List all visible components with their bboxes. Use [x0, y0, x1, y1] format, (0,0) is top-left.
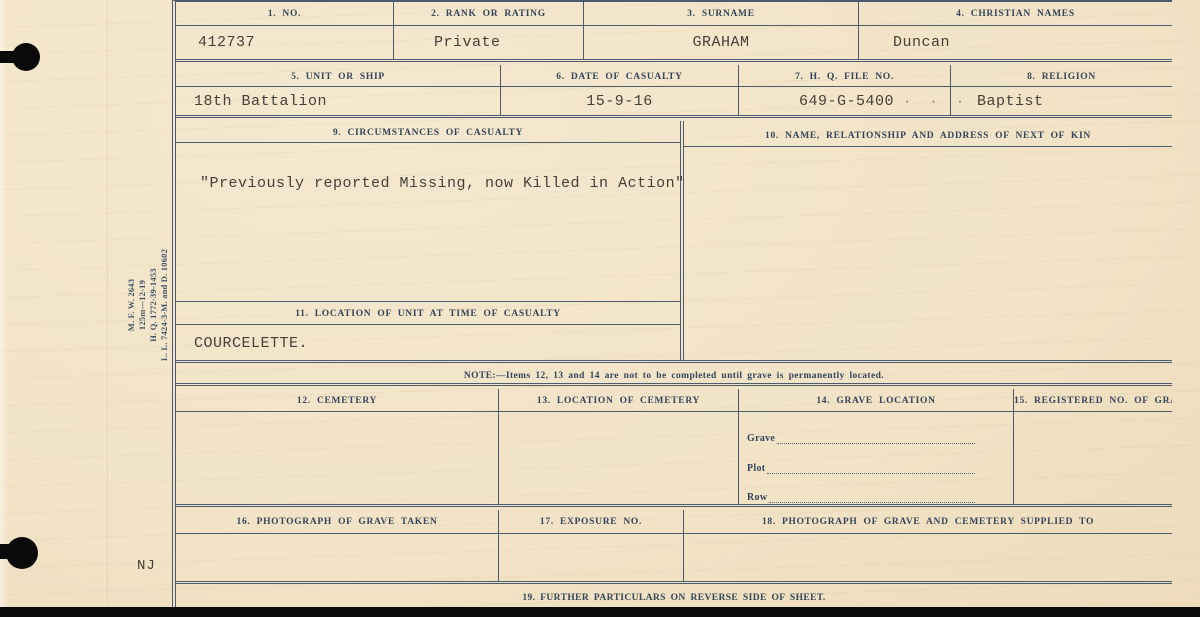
- field-location-of-cemetery: 13. LOCATION OF CEMETERY: [499, 389, 739, 504]
- field-unit-label: 5. UNIT OR SHIP: [176, 65, 500, 87]
- imprint-line: L. L. 7424-3-M. and D. 10602: [159, 247, 170, 363]
- field-circumstances-label: 9. CIRCUMSTANCES OF CASUALTY: [176, 121, 680, 143]
- row-identity: 1. NO. 412737 2. RANK OR RATING Private …: [176, 2, 1172, 62]
- imprint-line: H. Q. 1772-39-1453: [148, 247, 159, 363]
- field-no-value: 412737: [198, 34, 255, 51]
- field-unit-value: 18th Battalion: [194, 93, 327, 110]
- field-registered-no: 15. REGISTERED NO. OF GRAVE: [1014, 389, 1172, 504]
- row-note: NOTE:—Items 12, 13 and 14 are not to be …: [176, 366, 1172, 386]
- paper-crease: [107, 0, 108, 617]
- punch-hole-top: [12, 43, 40, 71]
- field-christian-names-value: Duncan: [893, 34, 950, 51]
- dotted-leader: [767, 462, 975, 474]
- field-exposure-no: 17. EXPOSURE NO.: [499, 510, 684, 581]
- row-line: Row: [747, 491, 975, 503]
- field-photo-taken: 16. PHOTOGRAPH OF GRAVE TAKEN: [176, 510, 499, 581]
- field-next-of-kin: 10. NAME, RELATIONSHIP AND ADDRESS OF NE…: [684, 121, 1172, 360]
- field-grave-location: 14. GRAVE LOCATION Grave Plot Row: [739, 389, 1014, 504]
- field-date-of-casualty-label: 6. DATE OF CASUALTY: [501, 65, 738, 87]
- field-location-of-cemetery-label: 13. LOCATION OF CEMETERY: [499, 389, 738, 412]
- field-registered-no-label: 15. REGISTERED NO. OF GRAVE: [1014, 389, 1172, 412]
- field-photo-taken-label: 16. PHOTOGRAPH OF GRAVE TAKEN: [176, 510, 498, 534]
- form-number-imprint: M. F. W. 2643 125m—12-19 H. Q. 1772-39-1…: [126, 247, 172, 363]
- record-card: M. F. W. 2643 125m—12-19 H. Q. 1772-39-1…: [0, 0, 1200, 617]
- field-surname-value: GRAHAM: [584, 34, 858, 51]
- field-rank-value: Private: [434, 34, 501, 51]
- hq-file-no-text: 649-G-5400: [799, 93, 894, 110]
- field-surname-label: 3. SURNAME: [584, 2, 858, 26]
- dotted-leader: [769, 491, 975, 503]
- field-surname: 3. SURNAME GRAHAM: [584, 2, 859, 59]
- field-location-of-unit-label: 11. LOCATION OF UNIT AT TIME OF CASUALTY: [176, 302, 680, 325]
- grave-line-label: Grave: [747, 433, 775, 444]
- field-religion: 8. RELIGION Baptist: [951, 65, 1172, 115]
- field-cemetery: 12. CEMETERY: [176, 389, 499, 504]
- field-cemetery-label: 12. CEMETERY: [176, 389, 498, 412]
- field-hq-file-no-value: 649-G-5400 · · ·: [799, 93, 970, 110]
- field-religion-value: Baptist: [977, 93, 1044, 110]
- field-grave-location-label: 14. GRAVE LOCATION: [739, 389, 1013, 412]
- row-grave: 12. CEMETERY 13. LOCATION OF CEMETERY 14…: [176, 389, 1172, 507]
- circumstances-body: "Previously reported Missing, now Killed…: [176, 143, 680, 302]
- field-religion-label: 8. RELIGION: [951, 65, 1172, 87]
- field-hq-file-no: 7. H. Q. FILE NO. 649-G-5400 · · ·: [739, 65, 951, 115]
- casualty-form: 1. NO. 412737 2. RANK OR RATING Private …: [172, 0, 1172, 609]
- row-circumstances: 9. CIRCUMSTANCES OF CASUALTY "Previously…: [176, 121, 1172, 363]
- field-circumstances-value: "Previously reported Missing, now Killed…: [200, 175, 685, 192]
- row-unit: 5. UNIT OR SHIP 18th Battalion 6. DATE O…: [176, 65, 1172, 118]
- field-photo-supplied: 18. PHOTOGRAPH OF GRAVE AND CEMETERY SUP…: [684, 510, 1172, 581]
- row-photograph: 16. PHOTOGRAPH OF GRAVE TAKEN 17. EXPOSU…: [176, 510, 1172, 584]
- field-exposure-no-label: 17. EXPOSURE NO.: [499, 510, 683, 534]
- field-rank: 2. RANK OR RATING Private: [394, 2, 584, 59]
- field-location-of-unit: 11. LOCATION OF UNIT AT TIME OF CASUALTY…: [176, 302, 680, 325]
- field-rank-label: 2. RANK OR RATING: [394, 2, 583, 26]
- row-line-label: Row: [747, 492, 767, 503]
- note-text: NOTE:—Items 12, 13 and 14 are not to be …: [176, 366, 1172, 381]
- clerk-initials: NJ: [137, 558, 156, 574]
- punch-hole-bottom: [6, 537, 38, 569]
- field-christian-names-label: 4. CHRISTIAN NAMES: [859, 2, 1172, 26]
- further-particulars-label: 19. FURTHER PARTICULARS ON REVERSE SIDE …: [176, 587, 1172, 603]
- scan-edge: [0, 607, 1200, 617]
- field-christian-names: 4. CHRISTIAN NAMES Duncan: [859, 2, 1172, 59]
- plot-line-label: Plot: [747, 463, 765, 474]
- grave-line: Grave: [747, 432, 975, 444]
- field-no: 1. NO. 412737: [176, 2, 394, 59]
- field-unit: 5. UNIT OR SHIP 18th Battalion: [176, 65, 501, 115]
- field-location-of-unit-value: COURCELETTE.: [194, 335, 308, 352]
- field-circumstances: 9. CIRCUMSTANCES OF CASUALTY "Previously…: [176, 121, 684, 360]
- imprint-line: M. F. W. 2643: [126, 247, 137, 363]
- field-hq-file-no-label: 7. H. Q. FILE NO.: [739, 65, 950, 87]
- imprint-line: 125m—12-19: [137, 247, 148, 363]
- field-next-of-kin-label: 10. NAME, RELATIONSHIP AND ADDRESS OF NE…: [684, 121, 1172, 147]
- field-no-label: 1. NO.: [176, 2, 393, 26]
- field-photo-supplied-label: 18. PHOTOGRAPH OF GRAVE AND CEMETERY SUP…: [684, 510, 1172, 534]
- plot-line: Plot: [747, 462, 975, 474]
- row-further-particulars: 19. FURTHER PARTICULARS ON REVERSE SIDE …: [176, 587, 1172, 609]
- field-date-of-casualty-value: 15-9-16: [501, 93, 738, 110]
- field-date-of-casualty: 6. DATE OF CASUALTY 15-9-16: [501, 65, 739, 115]
- dotted-leader: [777, 432, 975, 444]
